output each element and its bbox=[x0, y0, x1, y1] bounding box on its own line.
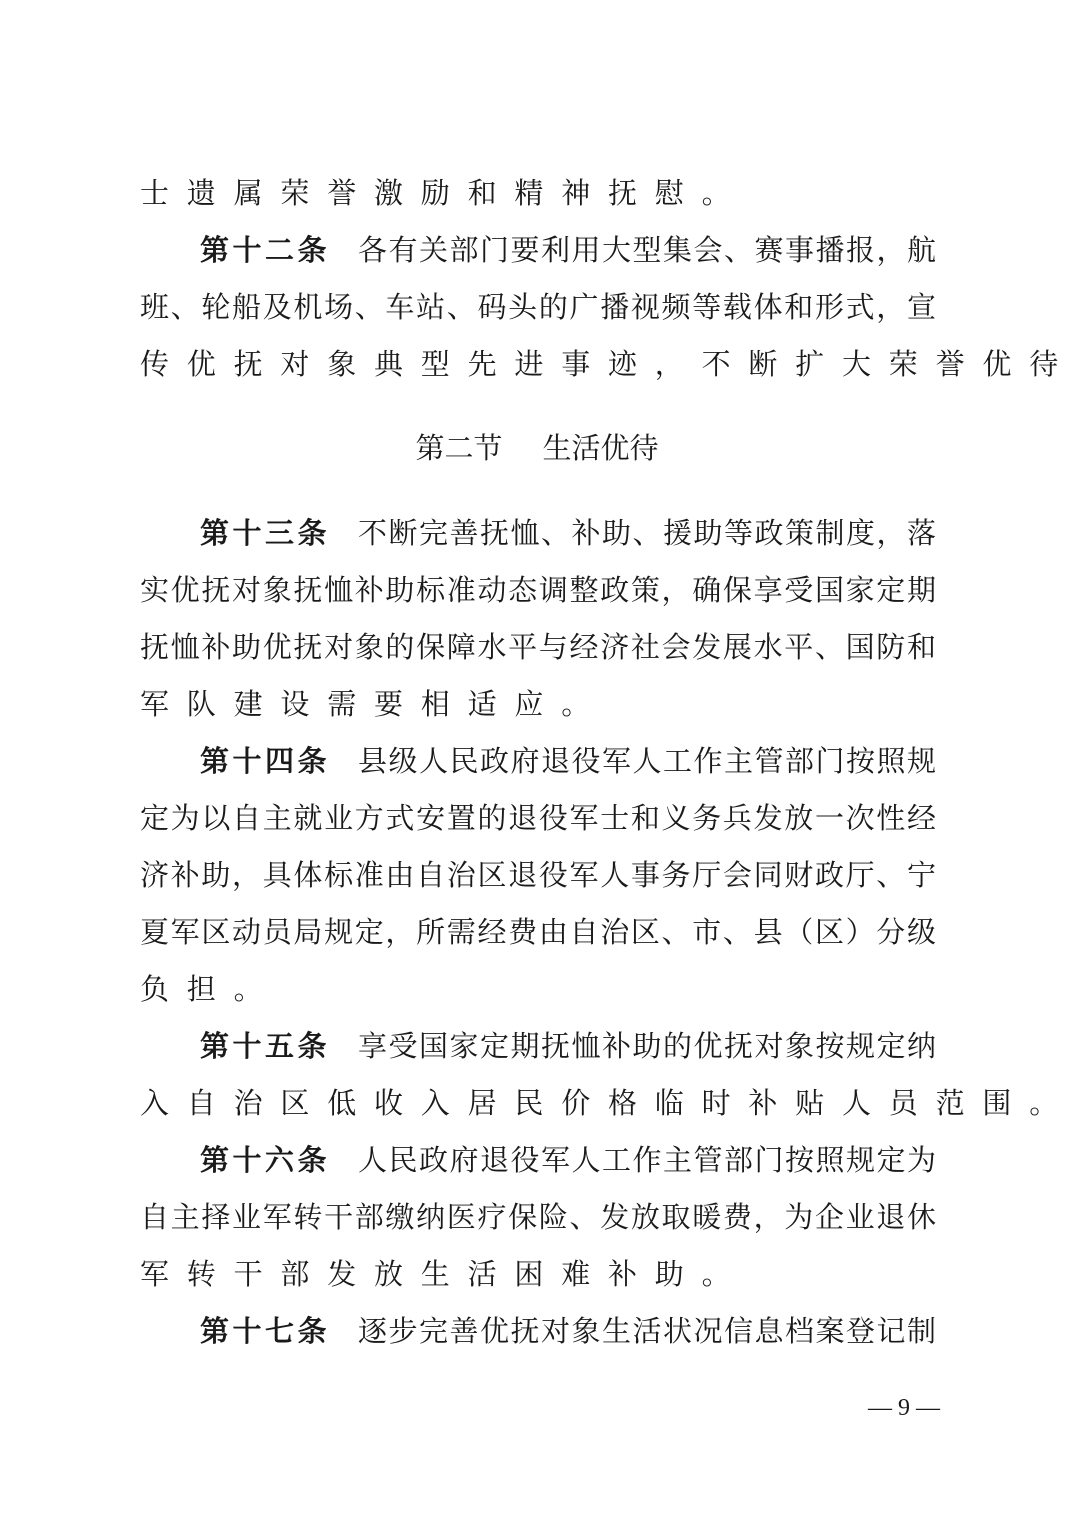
text-line: 班、轮船及机场、车站、码头的广播视频等载体和形式，宣 bbox=[140, 287, 936, 327]
article-heading: 第十六条 bbox=[200, 1143, 330, 1177]
text-line: 军队建设需要相适应。 bbox=[140, 684, 936, 724]
section-name: 生活优待 bbox=[543, 431, 659, 465]
text-line: 济补助，具体标准由自治区退役军人事务厅会同财政厅、宁 bbox=[140, 855, 936, 895]
article-heading: 第十四条 bbox=[200, 744, 330, 778]
text-line: 定为以自主就业方式安置的退役军士和义务兵发放一次性经 bbox=[140, 798, 936, 838]
article-15-line: 第十五条享受国家定期抚恤补助的优抚对象按规定纳 bbox=[200, 1026, 936, 1066]
article-text: 逐步完善优抚对象生活状况信息档案登记制 bbox=[358, 1314, 936, 1348]
article-text: 不断完善抚恤、补助、援助等政策制度，落 bbox=[358, 516, 936, 550]
page-number: — 9 — bbox=[840, 1393, 940, 1423]
text-line: 入自治区低收入居民价格临时补贴人员范围。 bbox=[140, 1083, 936, 1123]
text-line: 抚恤补助优抚对象的保障水平与经济社会发展水平、国防和 bbox=[140, 627, 936, 667]
text-line: 负担。 bbox=[140, 969, 936, 1009]
article-13-line: 第十三条不断完善抚恤、补助、援助等政策制度，落 bbox=[200, 513, 936, 553]
text-line: 夏军区动员局规定，所需经费由自治区、市、县（区）分级 bbox=[140, 912, 936, 952]
article-text: 享受国家定期抚恤补助的优抚对象按规定纳 bbox=[358, 1029, 936, 1063]
article-heading: 第十七条 bbox=[200, 1314, 330, 1348]
text-line: 传优抚对象典型先进事迹，不断扩大荣誉优待社会影响。 bbox=[140, 344, 936, 384]
text-line: 军转干部发放生活困难补助。 bbox=[140, 1254, 936, 1294]
article-heading: 第十五条 bbox=[200, 1029, 330, 1063]
text-line: 士遗属荣誉激励和精神抚慰。 bbox=[140, 173, 936, 213]
article-14-line: 第十四条县级人民政府退役军人工作主管部门按照规 bbox=[200, 741, 936, 781]
article-17-line: 第十七条逐步完善优抚对象生活状况信息档案登记制 bbox=[200, 1311, 936, 1351]
text-line: 实优抚对象抚恤补助标准动态调整政策，确保享受国家定期 bbox=[140, 570, 936, 610]
article-text: 各有关部门要利用大型集会、赛事播报，航 bbox=[358, 233, 936, 267]
section-title: 第二节生活优待 bbox=[0, 428, 1074, 468]
article-heading: 第十三条 bbox=[200, 516, 330, 550]
document-page: 士遗属荣誉激励和精神抚慰。 第十二条各有关部门要利用大型集会、赛事播报，航 班、… bbox=[0, 0, 1074, 1514]
article-heading: 第十二条 bbox=[200, 233, 330, 267]
article-16-line: 第十六条人民政府退役军人工作主管部门按照规定为 bbox=[200, 1140, 936, 1180]
article-12-line: 第十二条各有关部门要利用大型集会、赛事播报，航 bbox=[200, 230, 936, 270]
article-text: 县级人民政府退役军人工作主管部门按照规 bbox=[358, 744, 936, 778]
section-number: 第二节 bbox=[415, 431, 502, 465]
text-line: 自主择业军转干部缴纳医疗保险、发放取暖费，为企业退休 bbox=[140, 1197, 936, 1237]
article-text: 人民政府退役军人工作主管部门按照规定为 bbox=[358, 1143, 936, 1177]
